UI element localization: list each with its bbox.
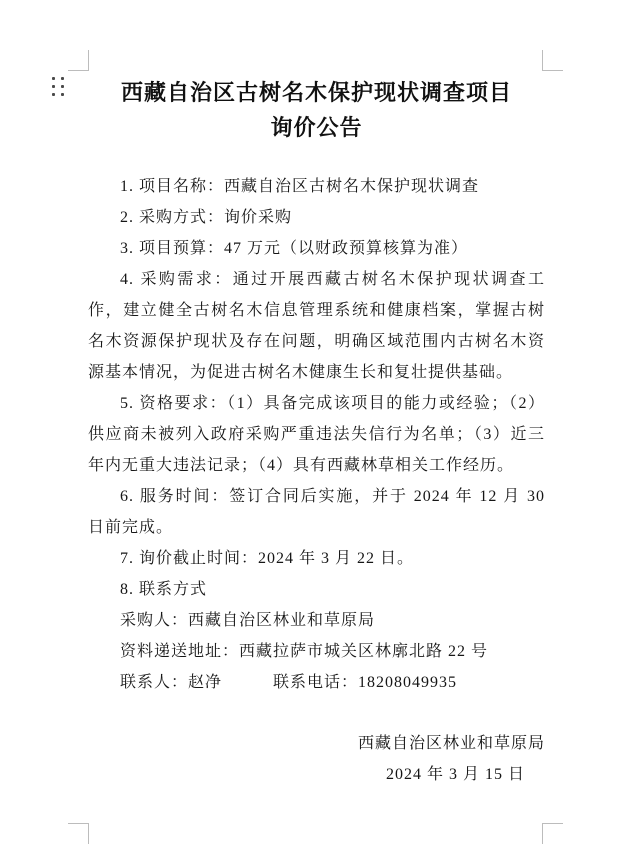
contact-delivery-address: 资料递送地址：西藏拉萨市城关区林廓北路 22 号 (88, 636, 545, 667)
contact-purchaser: 采购人：西藏自治区林业和草原局 (88, 605, 545, 636)
contact-person-phone: 联系人：赵净 联系电话：18208049935 (88, 667, 545, 698)
drag-handle-icon[interactable] (52, 77, 64, 96)
margin-crop-mark-top-right (542, 50, 563, 71)
signature-date: 2024 年 3 月 15 日 (88, 759, 545, 790)
margin-crop-mark-bottom-left (68, 823, 89, 844)
document-title-line1: 西藏自治区古树名木保护现状调查项目 (88, 75, 545, 110)
signature-org: 西藏自治区林业和草原局 (88, 728, 545, 759)
item-project-budget: 3. 项目预算：47 万元（以财政预算核算为准） (88, 233, 545, 264)
item-contact-heading: 8. 联系方式 (88, 574, 545, 605)
signature-block: 西藏自治区林业和草原局 2024 年 3 月 15 日 (88, 728, 545, 790)
item-procurement-demand: 4. 采购需求：通过开展西藏古树名木保护现状调查工作，建立健全古树名木信息管理系… (88, 264, 545, 388)
item-procurement-method: 2. 采购方式：询价采购 (88, 202, 545, 233)
document-page: 西藏自治区古树名木保护现状调查项目 询价公告 1. 项目名称：西藏自治区古树名木… (0, 0, 631, 844)
margin-crop-mark-top-left (68, 50, 89, 71)
document-title-line2: 询价公告 (88, 110, 545, 145)
item-qualifications: 5. 资格要求：（1）具备完成该项目的能力或经验；（2）供应商未被列入政府采购严… (88, 388, 545, 481)
document-body: 西藏自治区古树名木保护现状调查项目 询价公告 1. 项目名称：西藏自治区古树名木… (88, 70, 545, 790)
document-title: 西藏自治区古树名木保护现状调查项目 询价公告 (88, 70, 545, 145)
item-project-name: 1. 项目名称：西藏自治区古树名木保护现状调查 (88, 171, 545, 202)
margin-crop-mark-bottom-right (542, 823, 563, 844)
item-inquiry-deadline: 7. 询价截止时间：2024 年 3 月 22 日。 (88, 543, 545, 574)
item-service-time: 6. 服务时间：签订合同后实施，并于 2024 年 12 月 30 日前完成。 (88, 481, 545, 543)
